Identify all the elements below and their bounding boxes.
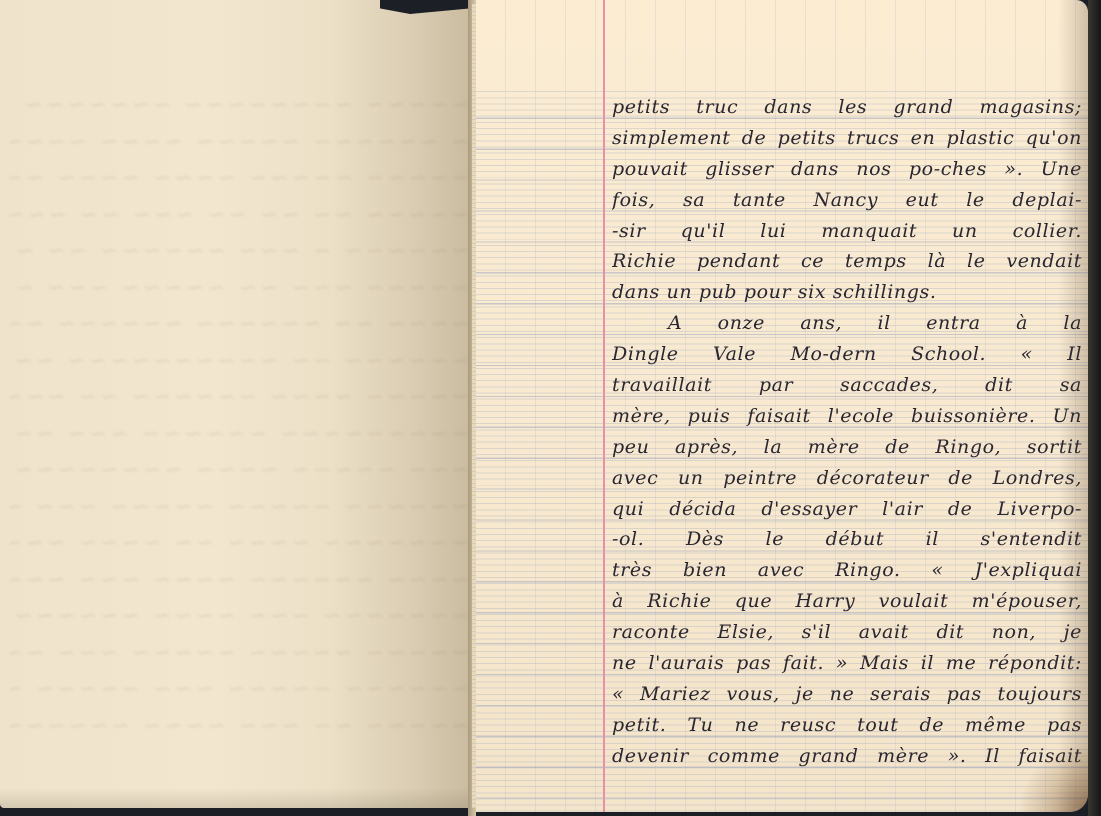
bleed-line: ~~~~~~~ ~~~ ~~~~ ~~~~~~~ (10, 599, 470, 636)
corner-stain (1018, 742, 1088, 812)
text-line: -sir qu'il lui manquait un collier. (612, 216, 1082, 247)
text-line: -ol. Dès le début il s'entendit (612, 524, 1082, 555)
bleed-line: ~~~~~ ~~~~ ~~~~~~ ~~ ~~~~ ~~ (10, 380, 470, 417)
text-line: simplement de petits trucs en plastic qu… (612, 123, 1082, 154)
bleed-line: ~~~~ ~~ ~~~~~~ ~~~~~~ ~~~~ ~~ (10, 307, 470, 344)
text-line: mère, puis faisait l'ecole buissonière. … (612, 401, 1082, 432)
bleed-line: ~~~~~~ ~ ~~~ ~~~~~~ ~~ ~~~~~ (10, 234, 470, 271)
bleed-line: ~~~~~~~ ~~~~ ~~ ~~~~ ~~~ ~~~~ (10, 526, 470, 563)
notebook-spread: ~~~~~ ~~~~~~~~ ~~~~~~~ ~~~~~ ~~~~~~ ~~~~… (0, 0, 1101, 816)
text-line: ne l'aurais pas fait. » Mais il me répon… (612, 648, 1082, 679)
bleed-line: ~~~~~~ ~~~~~ ~~~ ~~~~~ ~~~~ (10, 672, 470, 709)
bleed-through-text: ~~~~~ ~~~~~~~~ ~~~~~~~ ~~~~~ ~~~~~~ ~~~~… (10, 88, 470, 745)
bleed-line: ~~~ ~~~~~ ~~~~ ~~~~~~~~ ~~~~~ (10, 453, 470, 490)
text-line: petit. Tu ne reusc tout de même pas (612, 710, 1082, 741)
notebook-cover-edge (1088, 0, 1101, 816)
text-line: fois, sa tante Nancy eut le deplai- (612, 185, 1082, 216)
text-line: à Richie que Harry voulait m'épouser, (612, 586, 1082, 617)
text-line: A onze ans, il entra à la (612, 308, 1082, 339)
page-curl-shadow (1058, 0, 1088, 812)
text-line: avec un peintre décorateur de Londres, (612, 463, 1082, 494)
bleed-line: ~~~~~ ~~ ~~~ ~~~~ ~~~~~~ (10, 709, 470, 746)
text-line: raconte Elsie, s'il avait dit non, je (612, 617, 1082, 648)
text-line: « Mariez vous, je ne serais pas toujours (612, 679, 1082, 710)
bleed-line: ~ ~~~~~~ ~~~~~ ~~~~ ~~~~~~ ~~~~ (10, 125, 470, 162)
bleed-line: ~~~~ ~~~~~~ ~~~~ ~~~ ~~~~~ (10, 563, 470, 600)
bleed-line: ~~~~~ ~~~ ~~ ~~~~~ ~~~ ~~~~~ (10, 271, 470, 308)
right-page: petits truc dans les grand magasins; sim… (476, 0, 1088, 812)
bleed-line: ~~~~~~~~~ ~~~~~~ ~~~ ~~~~~ (10, 417, 470, 454)
text-line: petits truc dans les grand magasins; (612, 92, 1082, 123)
text-line: travaillait par saccades, dit sa (612, 370, 1082, 401)
margin-line (603, 0, 605, 812)
text-line: Dingle Vale Mo-dern School. « Il (612, 339, 1082, 370)
bleed-line: ~~~~~ ~~~~~ ~~~~~ ~~~ ~~~~~ (10, 636, 470, 673)
left-page: ~~~~~ ~~~~~~~~ ~~~~~~~ ~~~~~ ~~~~~~ ~~~~… (0, 0, 472, 808)
bleed-line: ~~~~~ ~~ ~~ ~~ ~~~ ~~ ~~~~~ ~~ (10, 198, 470, 235)
handwritten-text: petits truc dans les grand magasins; sim… (612, 92, 1082, 772)
text-line: devenir comme grand mère ». Il faisait (612, 741, 1082, 772)
text-line: très bien avec Ringo. « J'expliquai (612, 555, 1082, 586)
text-line: dans un pub pour six schillings. (612, 277, 1082, 308)
text-line: Richie pendant ce temps là le vendait (612, 246, 1082, 277)
text-line: peu après, la mère de Ringo, sortit (612, 432, 1082, 463)
text-line: qui décida d'essayer l'air de Liverpo- (612, 494, 1082, 525)
bleed-line: ~~~~~ ~~~~~~~~ ~~~~~~~ ~~~~ (10, 88, 470, 125)
bleed-line: ~~~~~ ~~~~~ ~~~~ ~~~~ ~~~~~~ (10, 161, 470, 198)
bleed-line: ~~~~~~ ~~~~~ ~~~~~ ~~~ ~~~~ (10, 490, 470, 527)
bleed-line: ~~~~~~ ~~ ~~~~~~~~~~ ~~~ ~~~~ (10, 344, 470, 381)
text-line: pouvait glisser dans nos po-ches ». Une (612, 154, 1082, 185)
